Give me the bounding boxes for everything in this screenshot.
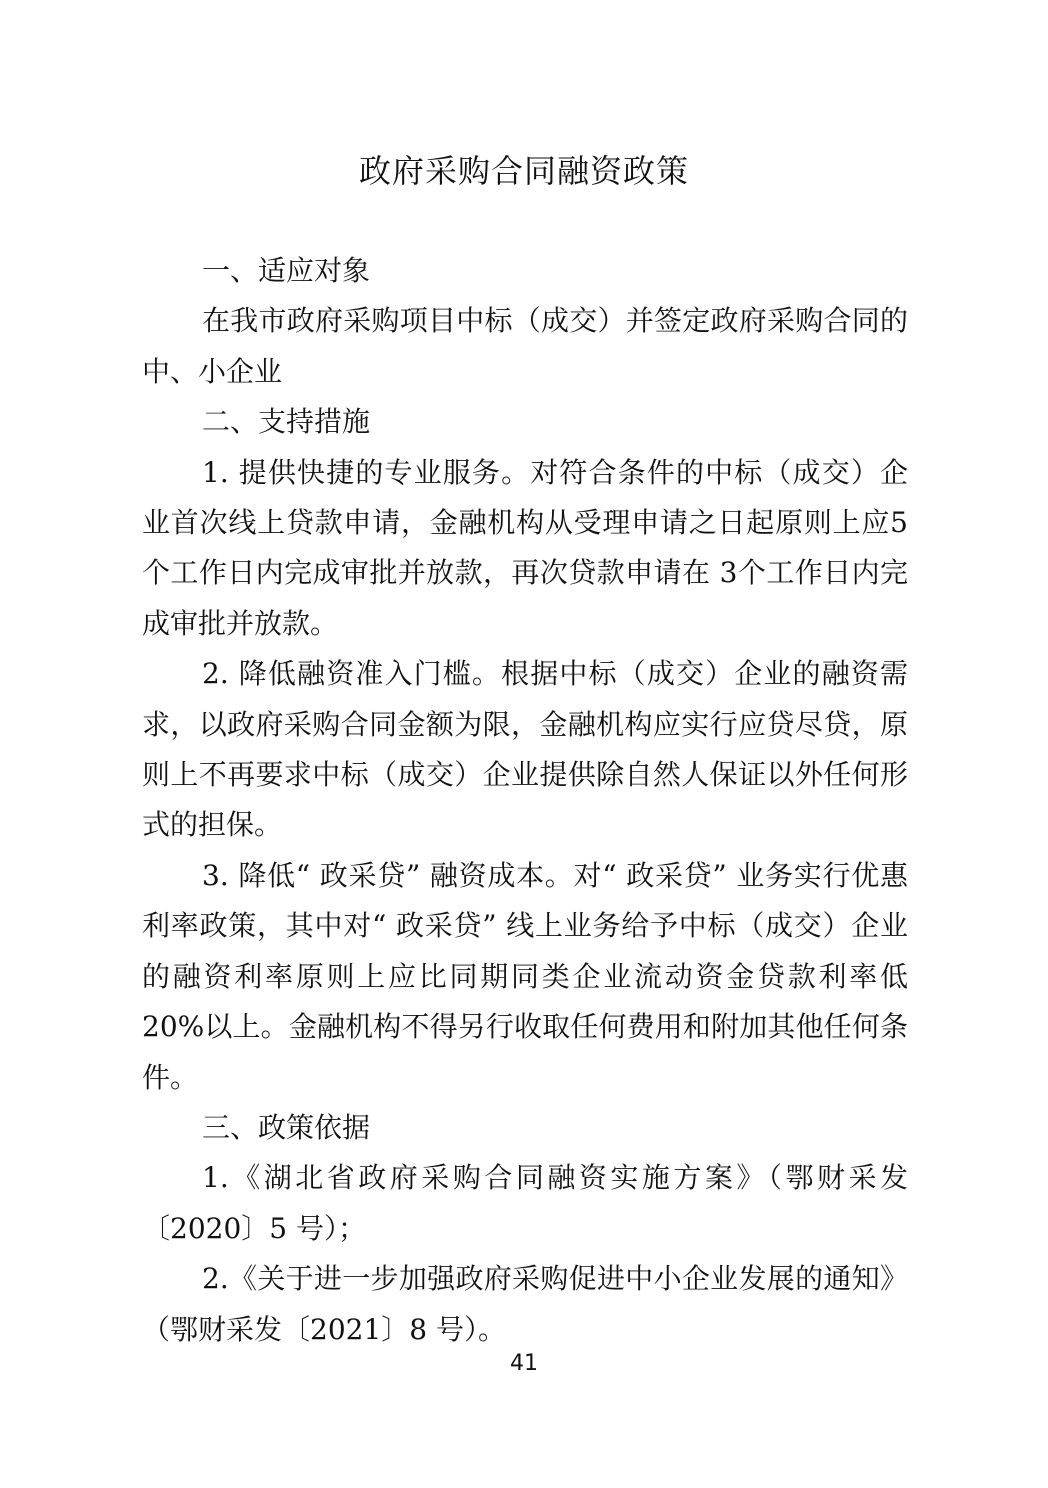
paragraph-measure-2: 2. 降低融资准入门槛。根据中标（成交）企业的融资需求，以政府采购合同金额为限，… [142, 649, 908, 851]
document-page: 政府采购合同融资政策 一、适应对象 在我市政府采购项目中标（成交）并签定政府采购… [0, 0, 1048, 1488]
section-heading-support-measures: 二、支持措施 [142, 397, 908, 447]
paragraph-applicable-targets: 在我市政府采购项目中标（成交）并签定政府采购合同的中、小企业 [142, 296, 908, 397]
paragraph-measure-3: 3. 降低“ 政采贷” 融资成本。对“ 政采贷” 业务实行优惠利率政策，其中对“… [142, 851, 908, 1103]
paragraph-measure-1: 1. 提供快捷的专业服务。对符合条件的中标（成交）企业首次线上贷款申请，金融机构… [142, 448, 908, 650]
document-title: 政府采购合同融资政策 [0, 146, 1048, 196]
section-heading-applicable-targets: 一、适应对象 [142, 246, 908, 296]
page-number: 41 [0, 1350, 1048, 1378]
paragraph-basis-2: 2.《关于进一步加强政府采购促进中小企业发展的通知》（鄂财采发〔2021〕8 号… [142, 1254, 908, 1355]
document-body: 一、适应对象 在我市政府采购项目中标（成交）并签定政府采购合同的中、小企业 二、… [142, 246, 908, 1355]
section-heading-policy-basis: 三、政策依据 [142, 1103, 908, 1153]
paragraph-basis-1: 1.《湖北省政府采购合同融资实施方案》（鄂财采发〔2020〕5 号）； [142, 1153, 908, 1254]
